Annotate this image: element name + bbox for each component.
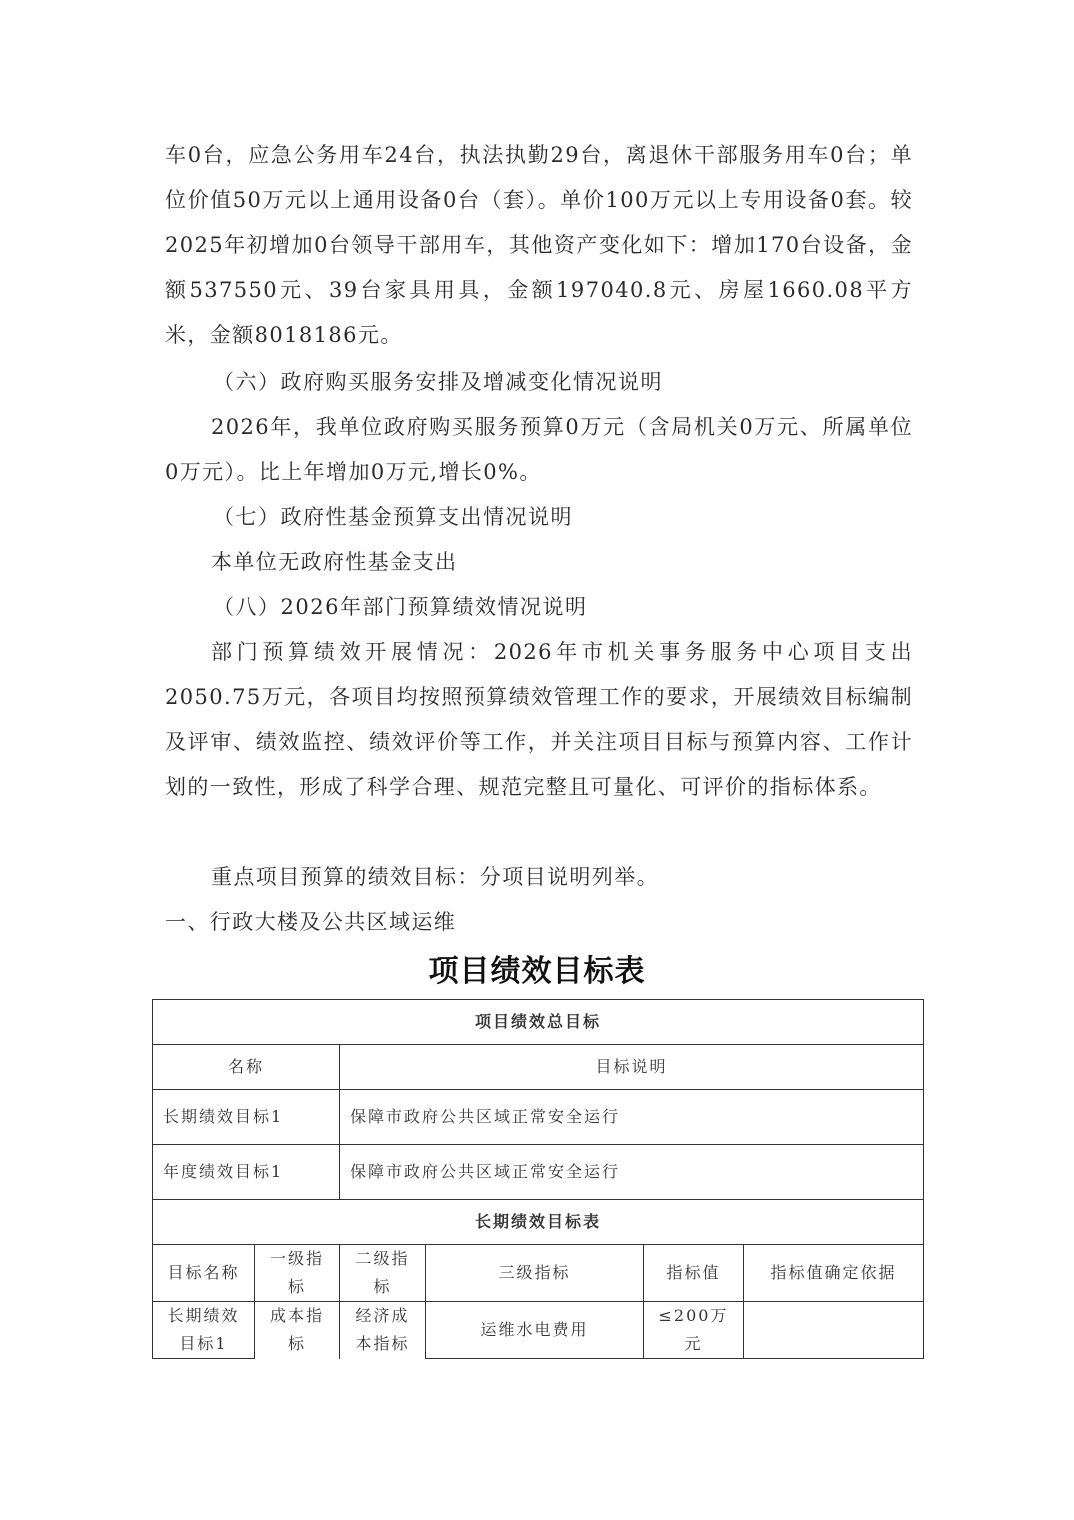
header-level-3: 三级指标 xyxy=(426,1245,644,1302)
heading-section-8: （八）2026年部门预算绩效情况说明 xyxy=(213,585,587,630)
long-goal-basis xyxy=(744,1302,924,1359)
paragraph-assets: 车0台，应急公务用车24台，执法执勤29台，离退休干部服务用车0台；单位价值50… xyxy=(165,133,913,358)
goal-name: 长期绩效目标1 xyxy=(153,1090,340,1145)
long-term-goal-section: 长期绩效目标表 xyxy=(153,1200,924,1245)
paragraph-government-fund: 本单位无政府性基金支出 xyxy=(165,540,913,585)
table-section-row: 长期绩效目标表 xyxy=(153,1200,924,1245)
overall-goal-section: 项目绩效总目标 xyxy=(153,1000,924,1045)
heading-section-6: （六）政府购买服务安排及增减变化情况说明 xyxy=(213,360,663,405)
header-name: 名称 xyxy=(153,1045,340,1090)
header-value: 指标值 xyxy=(644,1245,744,1302)
table-title: 项目绩效目标表 xyxy=(0,946,1074,990)
header-goal-name: 目标名称 xyxy=(153,1245,255,1302)
heading-section-7: （七）政府性基金预算支出情况说明 xyxy=(213,495,573,540)
goal-description: 保障市政府公共区域正常安全运行 xyxy=(340,1090,924,1145)
goal-name: 年度绩效目标1 xyxy=(153,1145,340,1200)
table-row: 长期绩效目标1 成本指标 经济成本指标 运维水电费用 ≤200万元 xyxy=(153,1302,924,1359)
long-goal-name: 长期绩效目标1 xyxy=(153,1302,255,1359)
header-basis: 指标值确定依据 xyxy=(744,1245,924,1302)
header-level-2: 二级指标 xyxy=(340,1245,426,1302)
goal-description: 保障市政府公共区域正常安全运行 xyxy=(340,1145,924,1200)
long-goal-level-1: 成本指标 xyxy=(255,1302,340,1359)
table-row: 长期绩效目标1 保障市政府公共区域正常安全运行 xyxy=(153,1090,924,1145)
paragraph-performance: 部门预算绩效开展情况：2026年市机关事务服务中心项目支出2050.75万元，各… xyxy=(165,630,913,810)
header-description: 目标说明 xyxy=(340,1045,924,1090)
long-goal-value: ≤200万元 xyxy=(644,1302,744,1359)
long-goal-level-2: 经济成本指标 xyxy=(340,1302,426,1359)
document-page: 车0台，应急公务用车24台，执法执勤29台，离退休干部服务用车0台；单位价值50… xyxy=(0,0,1074,1520)
paragraph-purchase-services: 2026年，我单位政府购买服务预算0万元（含局机关0万元、所属单位0万元）。比上… xyxy=(165,405,913,495)
performance-goals-table: 项目绩效总目标 名称 目标说明 长期绩效目标1 保障市政府公共区域正常安全运行 … xyxy=(152,999,924,1359)
table-header-row: 目标名称 一级指标 二级指标 三级指标 指标值 指标值确定依据 xyxy=(153,1245,924,1302)
header-level-1: 一级指标 xyxy=(255,1245,340,1302)
table-row: 年度绩效目标1 保障市政府公共区域正常安全运行 xyxy=(153,1145,924,1200)
paragraph-key-projects: 重点项目预算的绩效目标：分项目说明列举。 xyxy=(165,855,913,900)
table-section-row: 项目绩效总目标 xyxy=(153,1000,924,1045)
table-header-row: 名称 目标说明 xyxy=(153,1045,924,1090)
paragraph-project-1: 一、行政大楼及公共区域运维 xyxy=(165,900,913,945)
long-goal-level-3: 运维水电费用 xyxy=(426,1302,644,1359)
